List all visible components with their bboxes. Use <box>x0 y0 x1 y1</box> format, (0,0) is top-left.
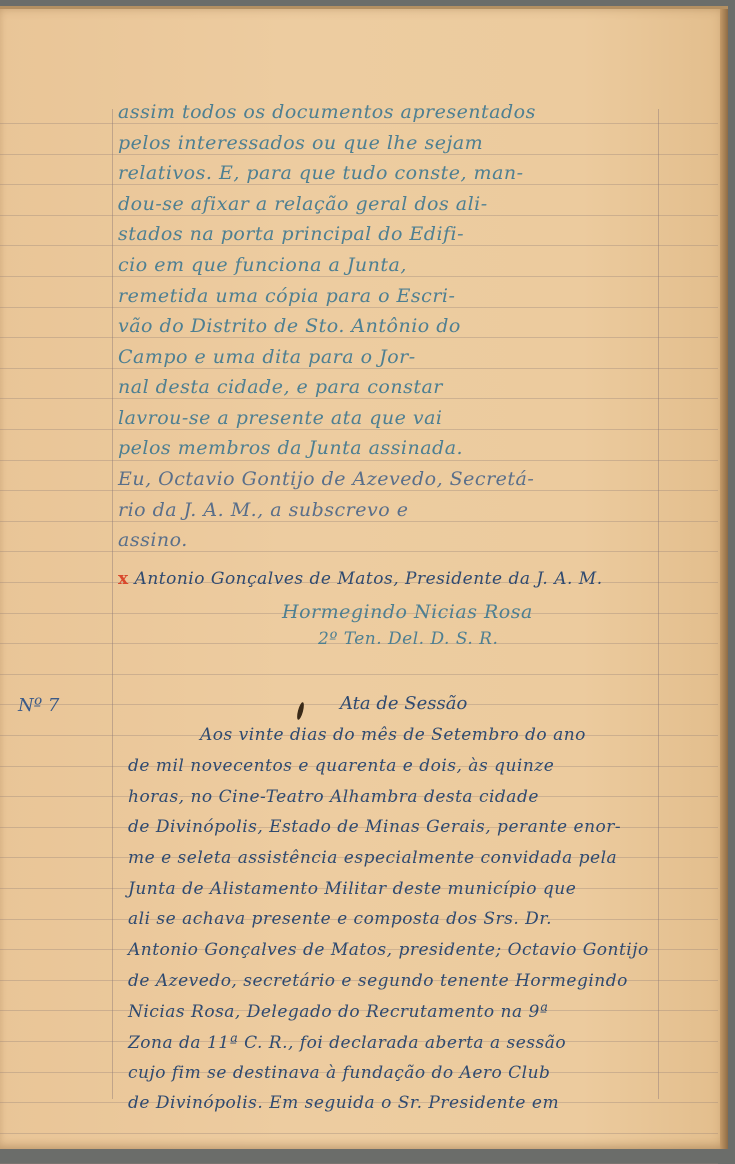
ruled-line <box>0 1133 718 1134</box>
entry-line: dou-se afixar a relação geral dos ali- <box>118 193 488 215</box>
ruled-line <box>0 276 718 277</box>
ruled-line <box>0 490 718 491</box>
entry-line: lavrou-se a presente ata que vai <box>118 407 443 429</box>
entry-line: de Azevedo, secretário e segundo tenente… <box>128 971 628 991</box>
right-margin-line <box>658 109 659 1099</box>
ruled-line <box>0 429 718 430</box>
ruled-line <box>0 368 718 369</box>
correction-mark: x <box>118 569 129 589</box>
ruled-line <box>0 460 718 461</box>
entry-line: cujo fim se destinava à fundação do Aero… <box>128 1063 550 1083</box>
entry-line: Campo e uma dita para o Jor- <box>118 346 416 368</box>
entry-line: de Divinópolis, Estado de Minas Gerais, … <box>128 817 621 837</box>
entry-line: Eu, Octavio Gontijo de Azevedo, Secretá- <box>118 468 534 490</box>
ruled-line <box>0 154 718 155</box>
entry-line: Zona da 11ª C. R., foi declarada aberta … <box>128 1033 566 1053</box>
entry-line: Antonio Gonçalves de Matos, presidente; … <box>128 940 649 960</box>
entry-line: remetida uma cópia para o Escri- <box>118 285 455 307</box>
entry-line: Junta de Alistamento Militar deste munic… <box>128 879 576 899</box>
ruled-line <box>0 337 718 338</box>
signature-delegate-title: 2º Ten. Del. D. S. R. <box>318 629 498 649</box>
page-edge <box>720 9 728 1149</box>
president-signature-text: Antonio Gonçalves de Matos, Presidente d… <box>135 569 603 589</box>
entry-line: Aos vinte dias do mês de Setembro do ano <box>200 725 586 745</box>
entry-line: rio da J. A. M., a subscrevo e <box>118 499 408 521</box>
entry-line: de Divinópolis. Em seguida o Sr. Preside… <box>128 1093 559 1113</box>
signature-delegate: Hormegindo Nicias Rosa <box>282 601 533 623</box>
entry-line: vão do Distrito de Sto. Antônio do <box>118 315 461 337</box>
entry-line: pelos interessados ou que lhe sejam <box>118 132 483 154</box>
entry-line: nal desta cidade, e para constar <box>118 376 443 398</box>
ruled-line <box>0 123 718 124</box>
left-margin-line <box>112 109 113 1099</box>
entry-line: de mil novecentos e quarenta e dois, às … <box>128 756 554 776</box>
entry-line: assim todos os documentos apresentados <box>118 101 536 123</box>
entry-line: me e seleta assistência especialmente co… <box>128 848 617 868</box>
entry-line: stados na porta principal do Edifi- <box>118 223 464 245</box>
entry-line: assino. <box>118 529 188 551</box>
entry-line: ali se achava presente e composta dos Sr… <box>128 909 552 929</box>
signature-president: x Antonio Gonçalves de Matos, Presidente… <box>118 569 603 589</box>
entry-line: cio em que funciona a Junta, <box>118 254 407 276</box>
ledger-page: assim todos os documentos apresentados p… <box>0 6 728 1149</box>
entry-line: pelos membros da Junta assinada. <box>118 437 463 459</box>
ruled-line <box>0 215 718 216</box>
entry-line: Nicias Rosa, Delegado do Recrutamento na… <box>128 1002 548 1022</box>
ruled-line <box>0 674 718 675</box>
ruled-line <box>0 521 718 522</box>
ruled-line <box>0 245 718 246</box>
entry-number: Nº 7 <box>18 695 59 716</box>
ruled-line <box>0 307 718 308</box>
ruled-line <box>0 184 718 185</box>
ruled-line <box>0 398 718 399</box>
ruled-line <box>0 551 718 552</box>
entry-line: relativos. E, para que tudo conste, man- <box>118 162 524 184</box>
entry-title: Ata de Sessão <box>340 693 467 714</box>
entry-line: horas, no Cine-Teatro Alhambra desta cid… <box>128 787 539 807</box>
